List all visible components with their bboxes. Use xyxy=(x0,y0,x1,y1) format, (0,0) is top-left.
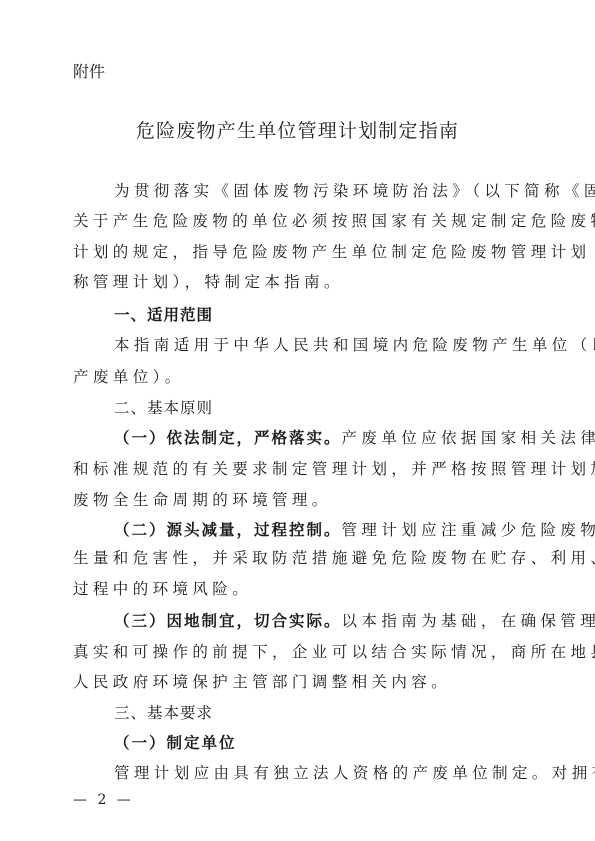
principle-3-line-3: 人民政府环境保护主管部门调整相关内容。 xyxy=(73,671,529,693)
principle-1-lead: （一）依法制定，严格落实。 xyxy=(114,428,342,447)
scope-line-1: 本指南适用于中华人民共和国境内危险废物产生单位（以下简称 xyxy=(73,334,529,356)
principle-1-line-3: 废物全生命周期的环境管理。 xyxy=(73,489,529,511)
attachment-label: 附件 xyxy=(73,61,105,83)
document-title: 危险废物产生单位管理计划制定指南 xyxy=(0,119,595,143)
document-page: 附件 危险废物产生单位管理计划制定指南 为贯彻落实《固体废物污染环境防治法》（以… xyxy=(0,0,595,841)
principle-2-line-2: 生量和危害性，并采取防范措施避免危险废物在贮存、利用、处置等 xyxy=(73,547,529,569)
subheading-formulating-unit: （一）制定单位 xyxy=(73,732,529,754)
principle-3-text: 以本指南为基础，在确保管理计划 xyxy=(342,612,595,630)
requirements-line-1: 管理计划应由具有独立法人资格的产废单位制定。对拥有子公司 xyxy=(73,762,529,784)
page-number: — 2 — xyxy=(73,790,134,810)
section-heading-requirements: 三、基本要求 xyxy=(73,702,529,724)
intro-line-4: 称管理计划），特制定本指南。 xyxy=(73,271,529,293)
principle-3-lead: （三）因地制宜，切合实际。 xyxy=(114,611,342,630)
principle-2-lead: （二）源头减量，过程控制。 xyxy=(114,520,342,539)
principle-3-line-1: （三）因地制宜，切合实际。以本指南为基础，在确保管理计划 xyxy=(73,610,529,632)
principle-1-line-1: （一）依法制定，严格落实。产废单位应依据国家相关法律法规 xyxy=(73,427,529,449)
principle-3-line-2: 真实和可操作的前提下，企业可以结合实际情况，商所在地县级以上 xyxy=(73,641,529,663)
principle-1-line-2: 和标准规范的有关要求制定管理计划，并严格按照管理计划加强危险 xyxy=(73,458,529,480)
intro-line-2: 关于产生危险废物的单位必须按照国家有关规定制定危险废物管理 xyxy=(73,210,529,232)
principle-2-line-1: （二）源头减量，过程控制。管理计划应注重减少危险废物的产 xyxy=(73,519,529,541)
principle-1-text: 产废单位应依据国家相关法律法规 xyxy=(342,429,595,447)
principle-2-text: 管理计划应注重减少危险废物的产 xyxy=(342,521,595,539)
principle-2-line-3: 过程中的环境风险。 xyxy=(73,578,529,600)
intro-line-3: 计划的规定，指导危险废物产生单位制定危险废物管理计划（以下简 xyxy=(73,241,529,263)
section-heading-scope: 一、适用范围 xyxy=(73,304,529,326)
section-heading-principles: 二、基本原则 xyxy=(73,397,529,419)
intro-line-1: 为贯彻落实《固体废物污染环境防治法》（以下简称《固体法》） xyxy=(73,180,529,202)
scope-line-2: 产废单位）。 xyxy=(73,366,529,388)
